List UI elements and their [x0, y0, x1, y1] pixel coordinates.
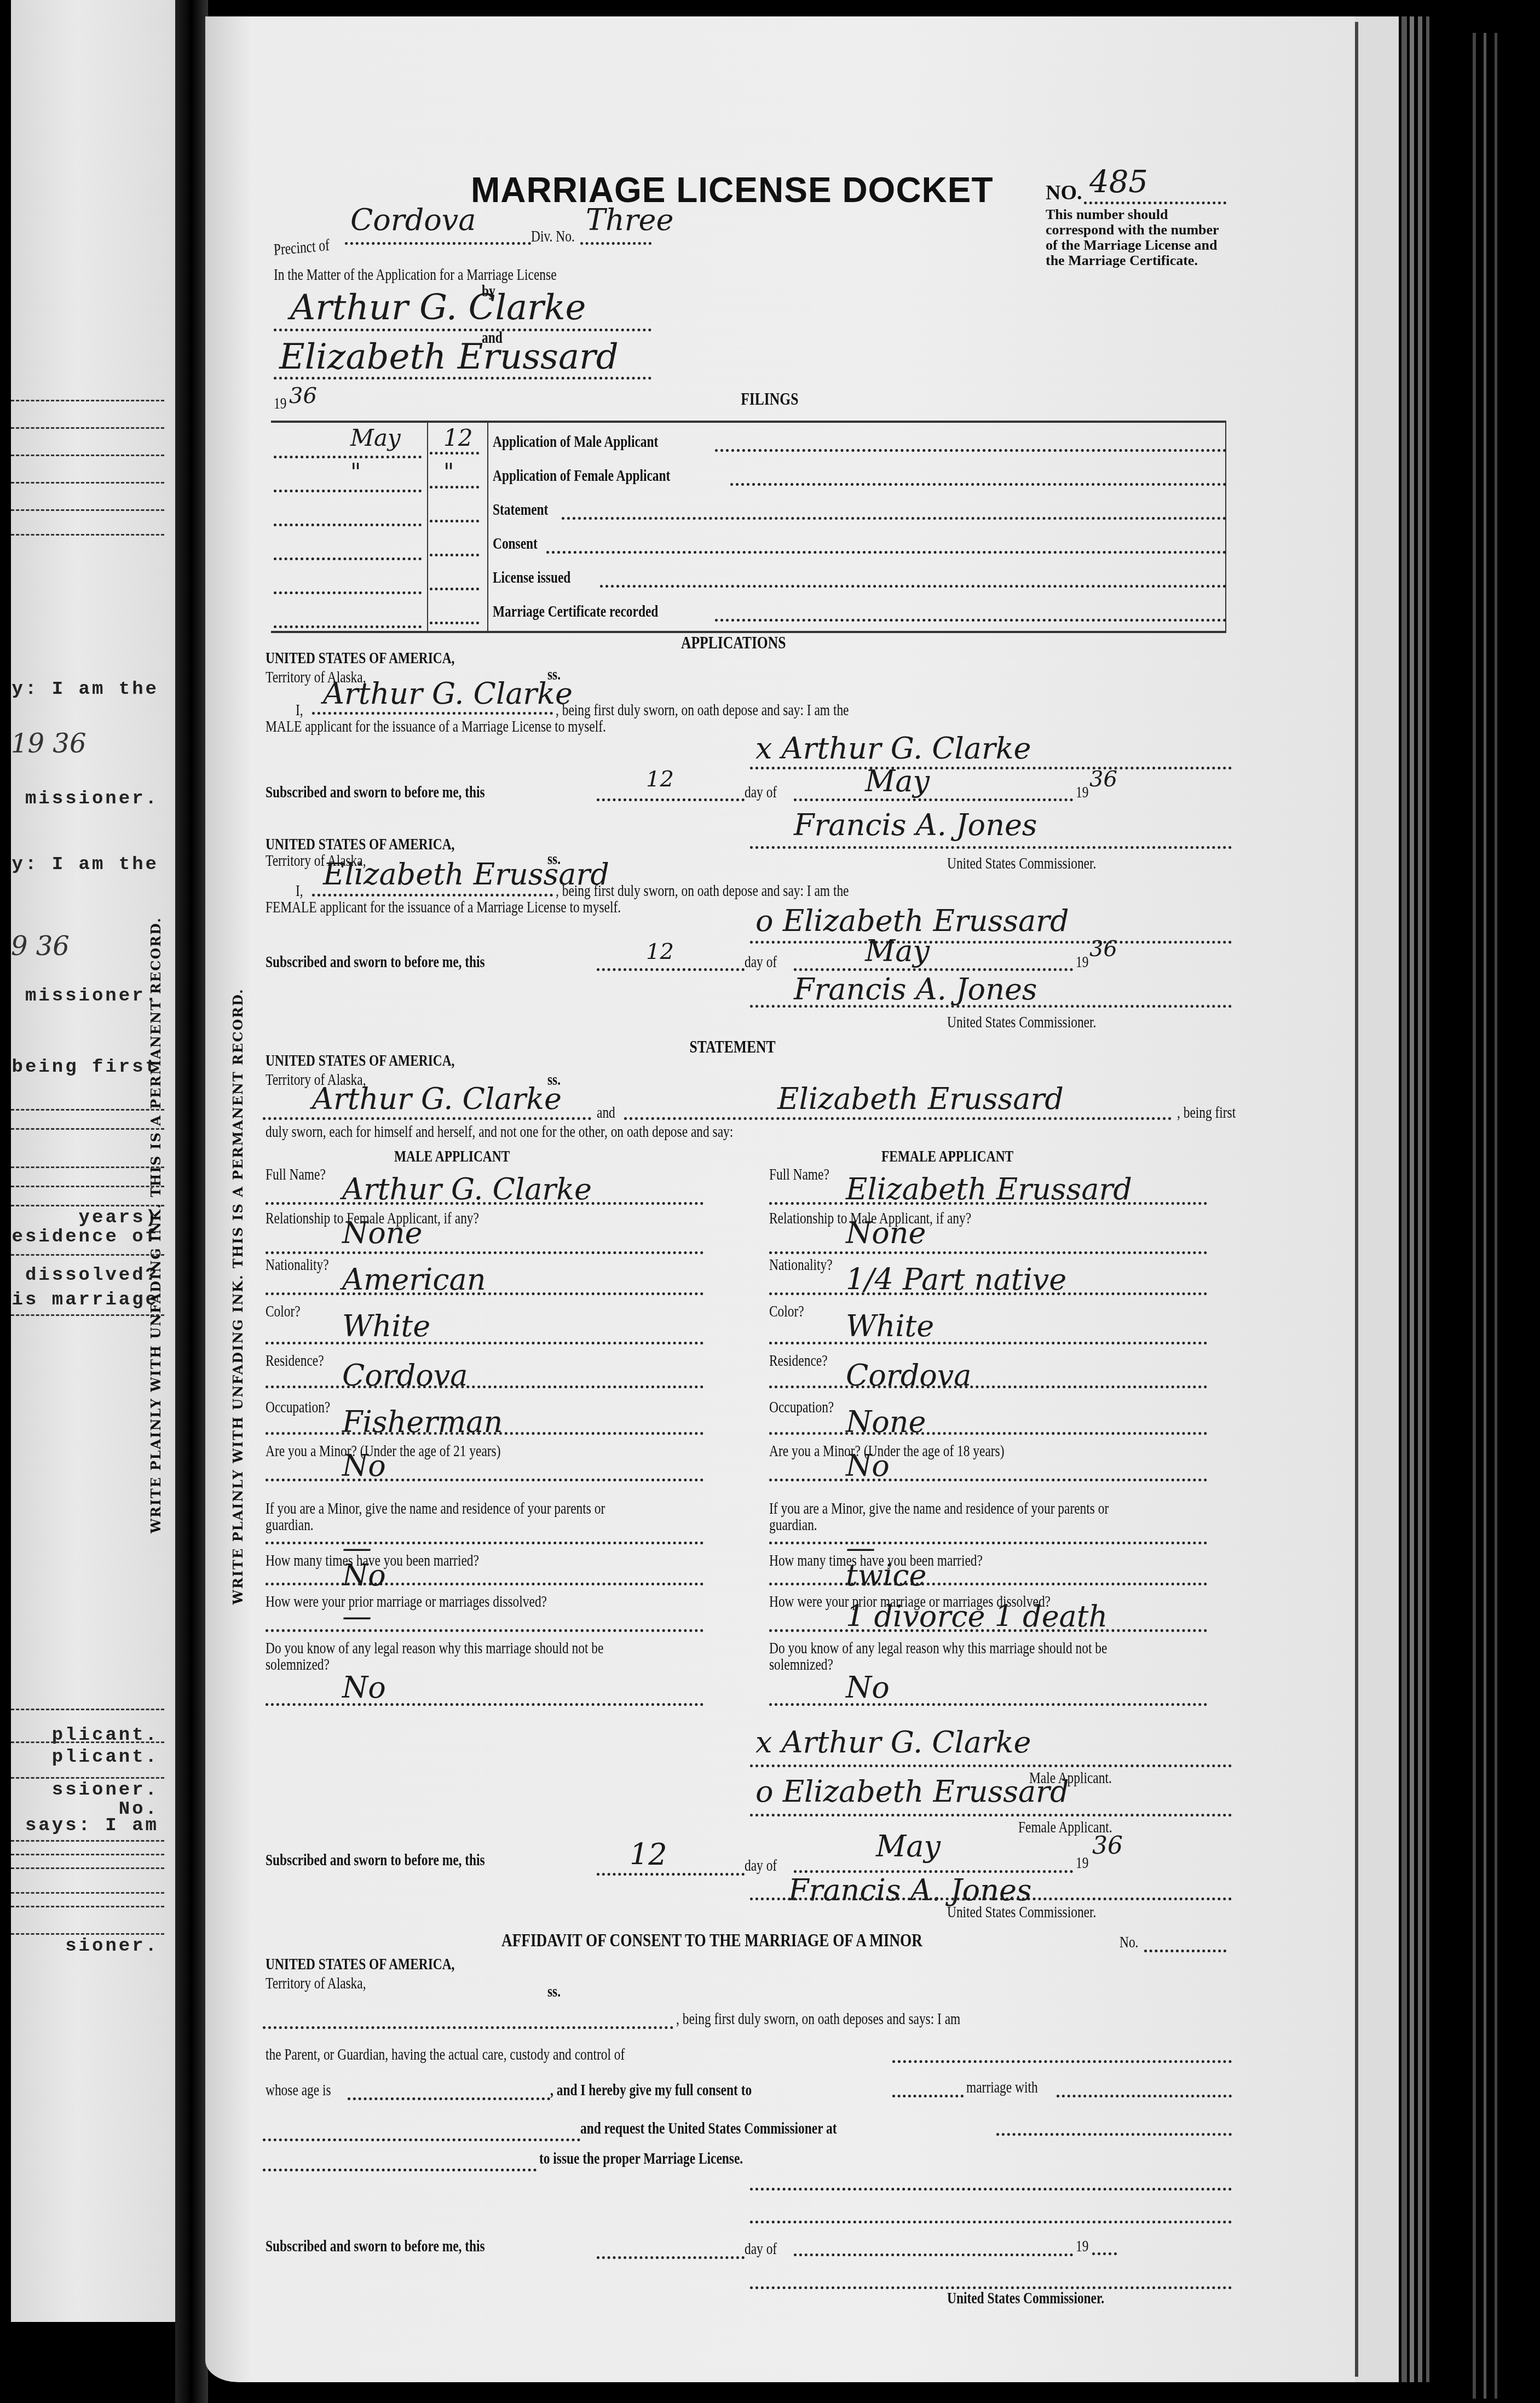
field-line[interactable]	[266, 1583, 703, 1585]
commissioner-signature-line	[750, 1005, 1232, 1008]
docket-number-note: This number should correspond with the n…	[1046, 207, 1226, 268]
left-page-line	[11, 1933, 164, 1935]
female-application-name-line	[312, 894, 553, 896]
field-label: Are you a Minor? (Under the age of 18 ye…	[769, 1443, 1153, 1459]
sworn-label: Subscribed and sworn to before me, this	[266, 783, 485, 802]
sworn-month: May	[865, 764, 930, 798]
being-first-label: , being first	[1177, 1103, 1236, 1122]
left-page-text: l say: I am the	[11, 679, 159, 700]
affidavit-line-5: to issue the proper Marriage License.	[539, 2149, 743, 2168]
page-edge	[1355, 16, 1399, 2382]
left-page-line	[11, 1709, 164, 1710]
docket-number-line	[1084, 202, 1226, 204]
field-line[interactable]	[769, 1342, 1207, 1344]
affiant-name-field[interactable]	[263, 2026, 673, 2029]
filing-line[interactable]	[715, 619, 1226, 622]
field-label: If you are a Minor, give the name and re…	[266, 1501, 650, 1533]
left-page-line	[11, 1906, 164, 1907]
male-name-line	[274, 329, 651, 331]
field-line[interactable]	[769, 1432, 1207, 1435]
page-edge	[1484, 33, 1486, 2399]
sworn-year: 36	[1089, 936, 1117, 962]
minor-name-field[interactable]	[892, 2060, 1232, 2063]
female-applicant-heading: FEMALE APPLICANT	[881, 1147, 1013, 1166]
left-page-line	[11, 455, 164, 456]
affidavit-line-2: the Parent, or Guardian, having the actu…	[266, 2045, 625, 2064]
field-label: How were your prior marriage or marriage…	[266, 1594, 650, 1610]
field-value: No	[846, 1448, 890, 1483]
female-signature-line	[750, 941, 1232, 944]
left-page-line	[11, 1186, 164, 1187]
sworn-month: May	[865, 934, 930, 968]
left-page-text: missioner.	[25, 789, 159, 809]
statement-male-name-line	[263, 1117, 591, 1120]
filings-divider	[427, 423, 428, 631]
venue-line-1: UNITED STATES OF AMERICA,	[266, 835, 454, 854]
statement-heading: STATEMENT	[690, 1037, 776, 1057]
field-label: Are you a Minor? (Under the age of 21 ye…	[266, 1443, 650, 1459]
affidavit-day-field[interactable]	[597, 2256, 745, 2259]
filings-divider	[487, 423, 488, 631]
minor-age-field[interactable]	[348, 2097, 550, 2100]
field-line[interactable]	[266, 1432, 703, 1435]
commissioner-label: United States Commissioner.	[947, 854, 1096, 873]
field-value: No	[342, 1558, 386, 1593]
filing-month-line[interactable]	[274, 524, 422, 526]
filing-line[interactable]	[715, 449, 1226, 452]
affidavit-no-label: No.	[1120, 1933, 1138, 1952]
left-page-line	[11, 1777, 164, 1779]
docket-number-label: NO.	[1046, 181, 1082, 205]
filing-day-line[interactable]	[430, 486, 479, 488]
left-page-line	[11, 1867, 164, 1869]
field-value: None	[846, 1216, 926, 1250]
field-line[interactable]	[266, 1386, 703, 1388]
male-applicant-heading: MALE APPLICANT	[394, 1147, 510, 1166]
page-edge	[1426, 16, 1429, 2382]
male-oath-text: , being first duly sworn, on oath depose…	[556, 701, 849, 720]
sworn-month-line	[794, 798, 1073, 801]
affidavit-heading: AFFIDAVIT OF CONSENT TO THE MARRIAGE OF …	[501, 1930, 922, 1951]
field-value: None	[342, 1216, 423, 1250]
field-value: Arthur G. Clarke	[342, 1172, 592, 1206]
commissioner-signature: Francis A. Jones	[794, 808, 1037, 842]
left-page-handwriting: 19 36	[11, 728, 86, 759]
field-label: Do you know of any legal reason why this…	[266, 1640, 650, 1673]
page-title: MARRIAGE LICENSE DOCKET	[471, 170, 994, 210]
venue-line-1: UNITED STATES OF AMERICA,	[266, 1051, 454, 1070]
statement-female-signature-line	[750, 1814, 1232, 1816]
left-page-line	[11, 1741, 164, 1743]
sworn-year-prefix: 19	[1076, 2237, 1088, 2256]
female-oath-text-2: FEMALE applicant for the issuance of a M…	[266, 898, 621, 917]
margin-notice: WRITE PLAINLY WITH UNFADING INK. THIS IS…	[230, 988, 246, 1605]
commissioner-signature: Francis A. Jones	[794, 972, 1037, 1007]
field-value: White	[846, 1309, 934, 1343]
female-oath-text: , being first duly sworn, on oath depose…	[556, 882, 849, 900]
filings-divider	[1225, 423, 1226, 631]
field-label: How many times have you been married?	[266, 1553, 650, 1569]
field-line[interactable]	[266, 1342, 703, 1344]
affidavit-line-3c: marriage with	[966, 2078, 1038, 2097]
female-name-line	[274, 377, 651, 380]
field-value: Elizabeth Erussard	[846, 1172, 1132, 1206]
field-line[interactable]	[769, 1202, 1207, 1205]
left-page-line	[11, 1254, 164, 1256]
left-page-text: residence of	[11, 1227, 159, 1248]
left-page-line	[11, 1109, 164, 1111]
filing-month: May	[350, 424, 401, 451]
left-page-line	[11, 1892, 164, 1894]
field-line[interactable]	[769, 1583, 1207, 1585]
field-label: Do you know of any legal reason why this…	[769, 1640, 1153, 1673]
filing-day-line[interactable]	[430, 452, 479, 455]
field-line[interactable]	[769, 1292, 1207, 1295]
field-line[interactable]	[769, 1629, 1207, 1632]
field-line[interactable]	[266, 1629, 703, 1632]
sworn-day: 12	[630, 1837, 667, 1872]
matter-label: In the Matter of the Application for a M…	[274, 266, 557, 284]
division-value: Three	[586, 203, 674, 237]
field-label: Color?	[266, 1303, 650, 1320]
field-line[interactable]	[266, 1202, 703, 1205]
affidavit-line-3b: , and I hereby give my full consent to	[550, 2081, 752, 2100]
left-page-text: says: I am	[25, 1815, 159, 1836]
statement-female-signature: o Elizabeth Erussard	[755, 1774, 1069, 1809]
left-page-line	[11, 509, 164, 511]
filing-line[interactable]	[562, 517, 1226, 520]
affidavit-line-1: , being first duly sworn, on oath depose…	[676, 2010, 960, 2028]
sworn-day: 12	[646, 767, 674, 792]
field-line[interactable]	[266, 1542, 703, 1544]
field-line[interactable]	[266, 1703, 703, 1706]
commissioner-label: United States Commissioner.	[947, 1903, 1096, 1922]
left-page-line	[11, 427, 164, 429]
page-edge	[1473, 33, 1476, 2399]
filing-month-line[interactable]	[274, 625, 422, 628]
field-value: No	[342, 1670, 386, 1705]
applications-heading: APPLICATIONS	[681, 633, 786, 653]
filing-day-line[interactable]	[430, 622, 479, 624]
filing-day-line[interactable]	[430, 554, 479, 556]
margin-notice: WRITE PLAINLY WITH UNFADING INK. THIS IS…	[148, 917, 164, 1533]
field-line[interactable]	[769, 1703, 1207, 1706]
filing-day: "	[443, 458, 454, 485]
commissioner-signature-line	[750, 1898, 1232, 1900]
sworn-day-line	[597, 1873, 745, 1876]
field-line[interactable]	[266, 1292, 703, 1295]
field-label: Color?	[769, 1303, 1153, 1320]
field-label: Relationship to Female Applicant, if any…	[266, 1210, 650, 1227]
sworn-year-prefix: 19	[1076, 783, 1088, 802]
venue-line-1: UNITED STATES OF AMERICA,	[266, 649, 454, 668]
page-edge	[1401, 16, 1407, 2382]
page-edge	[1410, 16, 1414, 2382]
consent-extra-field[interactable]	[263, 2138, 580, 2141]
left-page-line	[11, 1166, 164, 1168]
field-label: If you are a Minor, give the name and re…	[769, 1501, 1153, 1533]
affidavit-line-3a: whose age is	[266, 2081, 331, 2100]
page-edge	[1418, 16, 1422, 2382]
field-value: No	[846, 1670, 890, 1705]
left-page-text: years)	[79, 1208, 159, 1228]
left-page-line	[11, 1840, 164, 1842]
affidavit-year-field[interactable]	[1092, 2252, 1117, 2255]
sworn-label: Subscribed and sworn to before me, this	[266, 2237, 485, 2256]
statement-oath-text: duly sworn, each for himself and herself…	[266, 1123, 733, 1141]
commissioner-signature: Francis A. Jones	[788, 1873, 1032, 1907]
filing-label: Consent	[493, 534, 538, 553]
left-page-text: his marriage	[11, 1290, 159, 1310]
commissioner-label: United States Commissioner.	[947, 2289, 1104, 2308]
year-value: 36	[289, 383, 317, 409]
left-page-line	[11, 534, 164, 536]
page-edge	[1495, 33, 1497, 2399]
male-application-name: Arthur G. Clarke	[323, 676, 573, 711]
sworn-year-prefix: 19	[1076, 1854, 1088, 1872]
sworn-label: Subscribed and sworn to before me, this	[266, 1851, 485, 1870]
affidavit-no-line	[1144, 1950, 1226, 1952]
affiant-signature-line-2[interactable]	[750, 2221, 1232, 2223]
statement-female-name-line	[624, 1117, 1172, 1120]
field-value: White	[342, 1309, 430, 1343]
sworn-day: 12	[646, 939, 674, 964]
spouse-name-field[interactable]	[1057, 2095, 1232, 2097]
field-line[interactable]	[266, 1479, 703, 1481]
field-line[interactable]	[769, 1542, 1207, 1544]
filing-month-line[interactable]	[274, 557, 422, 560]
left-page-line	[11, 1128, 164, 1130]
field-label: How many times have you been married?	[769, 1553, 1153, 1569]
filing-label: Marriage Certificate recorded	[493, 602, 658, 621]
statement-male-signature: x Arthur G. Clarke	[755, 1725, 1031, 1760]
male-application-name-line	[312, 712, 553, 715]
field-line[interactable]	[266, 1251, 703, 1254]
statement-male-name: Arthur G. Clarke	[312, 1082, 562, 1116]
field-value: 1 divorce 1 death	[846, 1599, 1108, 1634]
statement-male-signature-line	[750, 1764, 1232, 1767]
male-signature: x Arthur G. Clarke	[755, 731, 1031, 766]
i-label: I,	[296, 882, 303, 900]
filing-label: Application of Female Applicant	[493, 467, 670, 485]
filing-label: Statement	[493, 501, 548, 519]
field-label: Relationship to Male Applicant, if any?	[769, 1210, 1153, 1227]
commissioner-location-field[interactable]	[996, 2133, 1232, 2136]
left-page-line	[11, 1205, 164, 1206]
filing-month-line[interactable]	[274, 490, 422, 492]
left-page-line	[11, 1314, 164, 1316]
female-signature: o Elizabeth Erussard	[755, 904, 1069, 938]
docket-number-value: 485	[1089, 164, 1148, 200]
male-oath-text-2: MALE applicant for the issuance of a Mar…	[266, 717, 606, 736]
left-page-text: es dissolved?	[11, 1265, 159, 1286]
day-of-label: day of	[745, 2240, 777, 2258]
filings-heading: FILINGS	[741, 389, 798, 409]
filing-line[interactable]	[600, 585, 1226, 588]
filing-label: License issued	[493, 568, 570, 587]
filing-day-line[interactable]	[430, 520, 479, 522]
left-page-text: missioner.	[25, 986, 159, 1007]
field-value: —	[342, 1599, 372, 1634]
division-label: Div. No.	[531, 227, 575, 246]
field-label: Occupation?	[769, 1399, 1153, 1416]
left-page-line	[11, 1854, 164, 1855]
sworn-month: May	[876, 1829, 941, 1864]
filing-month: "	[350, 458, 361, 485]
commissioner-signature-line	[750, 846, 1232, 849]
and-label: and	[597, 1103, 615, 1122]
left-page-text: plicant.	[52, 1747, 159, 1768]
filing-month-line[interactable]	[274, 591, 422, 594]
sworn-year: 36	[1092, 1832, 1123, 1860]
filings-table	[271, 421, 1226, 633]
sworn-year: 36	[1089, 767, 1117, 792]
filing-line[interactable]	[730, 483, 1226, 486]
book-gutter	[175, 0, 208, 2403]
precinct-line	[345, 242, 531, 245]
filing-month-line[interactable]	[274, 456, 422, 458]
venue-line-1: UNITED STATES OF AMERICA,	[266, 1955, 454, 1974]
female-applicant-name: Elizabeth Erussard	[279, 337, 619, 377]
day-of-label: day of	[745, 783, 777, 802]
field-value: American	[342, 1262, 486, 1297]
commissioner-label: United States Commissioner.	[947, 1013, 1096, 1032]
sworn-day-line	[597, 798, 745, 801]
place-field[interactable]	[263, 2169, 537, 2171]
i-label: I,	[296, 701, 303, 720]
left-page-text: , being first	[11, 1057, 159, 1078]
division-line	[580, 242, 651, 245]
sworn-day-line	[597, 968, 745, 971]
field-line[interactable]	[769, 1479, 1207, 1481]
day-of-label: day of	[745, 953, 777, 971]
filing-day: 12	[443, 424, 472, 451]
left-page-text: ssioner.	[52, 1780, 159, 1801]
left-page-text: sioner.	[65, 1936, 159, 1957]
year-prefix: 19	[274, 394, 286, 413]
filing-day-line[interactable]	[430, 588, 479, 590]
field-line[interactable]	[769, 1251, 1207, 1254]
page-edge-line	[1355, 22, 1358, 2377]
consent-pronoun-field[interactable]	[892, 2095, 964, 2097]
venue-line-2: Territory of Alaska,	[266, 1974, 366, 1993]
left-page-line	[11, 400, 164, 401]
filing-label: Application of Male Applicant	[493, 433, 658, 451]
left-page-handwriting: 9 36	[11, 931, 70, 962]
left-page: l say: I am the 19 36 missioner. say: I …	[11, 0, 175, 2322]
affiant-signature-line[interactable]	[750, 2188, 1232, 2191]
statement-female-name: Elizabeth Erussard	[777, 1082, 1064, 1116]
field-line[interactable]	[769, 1386, 1207, 1388]
field-value: twice	[846, 1558, 926, 1593]
male-signature-line	[750, 767, 1232, 769]
sworn-year-prefix: 19	[1076, 953, 1088, 971]
precinct-value: Cordova	[350, 203, 476, 237]
sworn-label: Subscribed and sworn to before me, this	[266, 953, 485, 971]
left-page-text: say: I am the	[11, 854, 159, 875]
affidavit-month-field[interactable]	[794, 2253, 1073, 2256]
field-value: 1/4 Part native	[846, 1262, 1066, 1297]
ss-label: ss.	[547, 1982, 561, 2001]
male-applicant-name: Arthur G. Clarke	[290, 288, 586, 328]
field-value: No	[342, 1448, 386, 1483]
filing-line[interactable]	[546, 551, 1226, 554]
sworn-month-line	[794, 968, 1073, 971]
day-of-label: day of	[745, 1856, 777, 1875]
left-page-line	[11, 482, 164, 484]
affidavit-line-4: and request the United States Commission…	[580, 2119, 837, 2138]
